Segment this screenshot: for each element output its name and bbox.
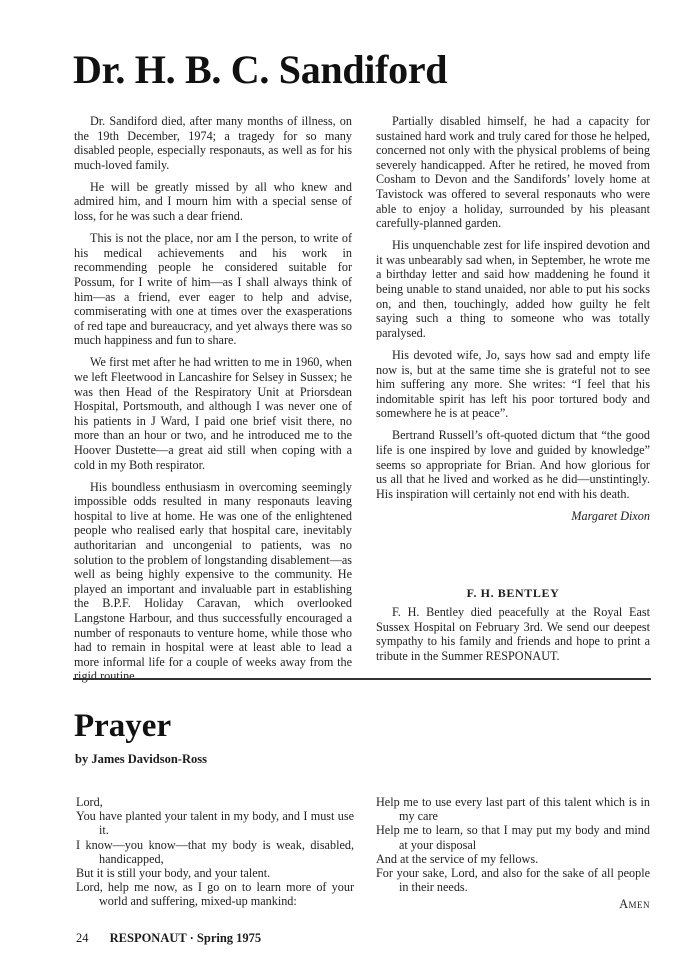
paragraph: His unquenchable zest for life inspired … — [376, 238, 650, 340]
poem-line: And at the service of my fellows. — [376, 852, 650, 866]
poem-line: You have planted your talent in my body,… — [76, 809, 354, 837]
poem-left-column: Lord, You have planted your talent in my… — [76, 795, 354, 909]
author-signature: Margaret Dixon — [376, 509, 650, 524]
paragraph: This is not the place, nor am I the pers… — [74, 231, 352, 348]
paragraph: Bertrand Russell’s oft-quoted dictum tha… — [376, 428, 650, 501]
prayer-byline: by James Davidson-Ross — [75, 752, 207, 767]
amen-text: Amen — [619, 897, 650, 911]
paragraph: We first met after he had written to me … — [74, 355, 352, 472]
paragraph: Partially disabled himself, he had a cap… — [376, 114, 650, 231]
poem-line: For your sake, Lord, and also for the sa… — [376, 866, 650, 894]
paragraph: His devoted wife, Jo, says how sad and e… — [376, 348, 650, 421]
page-number: 24 — [76, 931, 89, 945]
poem-line: Help me to use every last part of this t… — [376, 795, 650, 823]
section-divider — [73, 678, 651, 680]
poem-line: Lord, — [76, 795, 354, 809]
prayer-title: Prayer — [74, 706, 171, 746]
poem-line: I know—you know—that my body is weak, di… — [76, 838, 354, 866]
article-right-column: Partially disabled himself, he had a cap… — [376, 114, 650, 524]
poem-right-column: Help me to use every last part of this t… — [376, 795, 650, 914]
article-left-column: Dr. Sandiford died, after many months of… — [74, 114, 352, 691]
article-title: Dr. H. B. C. Sandiford — [73, 46, 447, 94]
publication-info: RESPONAUT · Spring 1975 — [110, 931, 262, 945]
paragraph: His boundless enthusiasm in overcoming s… — [74, 480, 352, 684]
paragraph: Dr. Sandiford died, after many months of… — [74, 114, 352, 172]
notice-heading: F. H. BENTLEY — [376, 586, 650, 601]
paragraph: He will be greatly missed by all who kne… — [74, 180, 352, 224]
page-footer: 24 RESPONAUT · Spring 1975 — [76, 931, 261, 946]
notice-paragraph: F. H. Bentley died peacefully at the Roy… — [376, 605, 650, 663]
poem-line: But it is still your body, and your tale… — [76, 866, 354, 880]
poem-line: Lord, help me now, as I go on to learn m… — [76, 880, 354, 908]
poem-line: Help me to learn, so that I may put my b… — [376, 823, 650, 851]
notice-body: F. H. Bentley died peacefully at the Roy… — [376, 605, 650, 663]
magazine-page: Dr. H. B. C. Sandiford Dr. Sandiford die… — [0, 0, 690, 976]
poem-closing: Amen — [376, 897, 650, 913]
